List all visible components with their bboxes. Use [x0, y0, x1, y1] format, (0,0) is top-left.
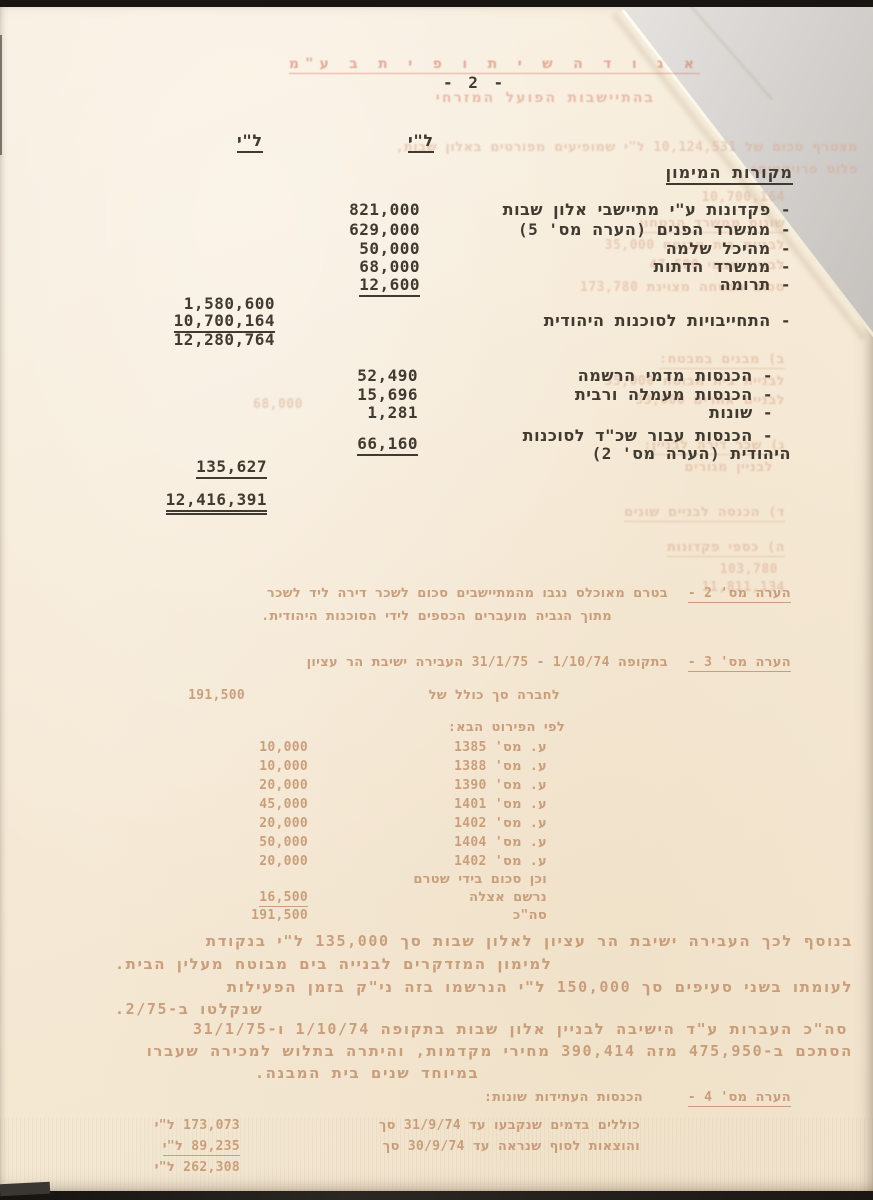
voucher-value: 10,000	[195, 759, 308, 774]
note3-pending-line1: וכן סכום בידי שטרם	[413, 872, 547, 887]
note4-row2-value: 89,235 ל"י	[100, 1139, 240, 1154]
voucher-label: ע. מס' 1385	[454, 740, 547, 755]
financing-item-value: 821,000	[302, 200, 420, 219]
bleedthrough-line: מצטרף סכום של 10,124,531 ל"י שמופיעים מפ…	[396, 140, 858, 155]
voucher-value: 20,000	[195, 778, 308, 793]
paragraph-line: לעומתו בשני סעיפים סך 150,000 ל"י הנרשמו…	[227, 978, 853, 996]
income-subtotal: 135,627	[142, 457, 267, 476]
note3-heading: הערה מס' 3 -	[688, 655, 791, 670]
bleedthrough-line: ד) הכנסה לבניים שונים	[624, 505, 785, 520]
note4-row1-label: כוללים בדמים שנקבעו עד 31/9/74 סך	[379, 1118, 640, 1133]
income-item-label: - שונות	[709, 403, 773, 422]
voucher-label: ע. מס' 1401	[454, 797, 547, 812]
note3-pending-value: 16,500	[195, 890, 308, 905]
note3-line1: בתקופה 1/10/74 ‏- 31/1/75 העבירה ישיבת ה…	[307, 655, 668, 670]
currency-header-right: ל"י	[408, 131, 434, 150]
financing-item-value: 68,000	[302, 257, 420, 276]
voucher-value: 45,000	[195, 797, 308, 812]
financing-commitment-label: - התחייבויות לסוכנות היהודית	[544, 311, 791, 330]
voucher-label: ע. מס' 1404	[454, 835, 547, 850]
income-grand-total: 12,416,391	[140, 490, 267, 509]
bleedthrough-subtitle: בהתיישבות הפועל המזרחי	[436, 90, 655, 106]
page-number: - 2 -	[443, 73, 506, 92]
paragraph-line: סה"כ העברות ע"ד הישיבה לבניין אלון שבות …	[193, 1020, 848, 1038]
bleedthrough-title: א ג ו ד ה ש י ת ו פ י ת ב ע"מ	[289, 56, 700, 72]
paragraph-line: בנוסף לכך העבירה ישיבת הר עציון לאלון שב…	[206, 932, 853, 950]
note3-line2-value: 191,500	[170, 688, 245, 703]
voucher-label: ע. מס' 1390	[454, 778, 547, 793]
bleedthrough-line: ב) מבנים במבטח:	[659, 352, 785, 367]
note4-title: הכנסות העתידות שונות:	[484, 1090, 643, 1105]
paragraph-line: הסתכם ב-475,950 מזה 390,414 מחירי מקדמות…	[147, 1042, 853, 1060]
voucher-label: ע. מס' 1402	[454, 854, 547, 869]
income-item-value: 1,281	[300, 403, 418, 422]
voucher-value: 10,000	[195, 740, 308, 755]
scanned-document: א ג ו ד ה ש י ת ו פ י ת ב ע"מ בהתיישבות …	[0, 0, 873, 1200]
scanner-edge-left	[0, 35, 2, 155]
income-item-label: - הכנסות מדמי הרשמה	[578, 366, 773, 385]
financing-item-label: - תרומה	[720, 275, 791, 294]
income-item-value: 15,696	[300, 385, 418, 404]
bleedthrough-line: ה) כספי פקדונות	[667, 540, 785, 555]
scanner-edge-top	[0, 0, 873, 7]
note3-line3: לפי הפירוט הבא:	[448, 720, 565, 735]
note4-heading: הערה מס' 4 -	[688, 1090, 791, 1105]
note4-total-value: 262,308 ל"י	[100, 1160, 240, 1175]
note3-total-label: סה"כ	[513, 908, 547, 923]
currency-header-left: ל"י	[237, 131, 263, 150]
financing-item-value: 50,000	[302, 239, 420, 258]
paragraph-line: שנקלטו ב-2/75.	[115, 1000, 263, 1018]
income-agency-value: 66,160	[300, 434, 418, 453]
financing-item-value: 629,000	[302, 220, 420, 239]
note3-total-value: 191,500	[195, 908, 308, 923]
financing-item-value: 12,600	[302, 275, 420, 294]
bleedthrough-line: 68,000	[253, 397, 303, 412]
financing-item-label: - פקדונות ע"י מתיישבי אלון שבות	[503, 200, 791, 219]
income-item-label: - הכנסות מעמלה ורבית	[575, 385, 773, 404]
note3-line2-label: לחברה סך כולל של	[429, 688, 560, 703]
financing-total: 12,280,764	[150, 330, 275, 349]
note2-line1: בטרם מאוכלס נגבו מהמתיישבים סכום לשכר די…	[267, 586, 668, 601]
voucher-value: 20,000	[195, 854, 308, 869]
financing-item-label: - ממשרד הפנים (הערה מס' 5)	[518, 220, 791, 239]
voucher-value: 20,000	[195, 816, 308, 831]
note4-row1-value: 173,073 ל"י	[100, 1118, 240, 1133]
note2-line2: מתוך הגביה מועברים הכספים לידי הסוכנות ה…	[261, 609, 612, 624]
note3-pending-line2: נרשם אצלה	[469, 890, 547, 905]
note2-heading: הערה מס' 2 -	[688, 586, 791, 601]
voucher-label: ע. מס' 1402	[454, 816, 547, 831]
scanner-edge-bottom	[0, 1191, 873, 1200]
paragraph-line: למימון המזדקרים לבנייה בים מבוטח מעלין ה…	[115, 955, 552, 973]
voucher-value: 50,000	[195, 835, 308, 850]
voucher-label: ע. מס' 1388	[454, 759, 547, 774]
financing-item-label: - מהיכל שלמה	[666, 239, 791, 258]
financing-title: מקורות המימון	[666, 163, 793, 182]
income-agency-label-line2: היהודית (הערה מס' 2)	[592, 444, 791, 463]
note4-row2-label: והוצאות לסוף שנראה עד 30/9/74 סך	[383, 1139, 640, 1154]
financing-item-label: - ממשרד הדתות	[654, 257, 791, 276]
income-item-value: 52,490	[300, 366, 418, 385]
bleedthrough-line: 103,780	[720, 562, 778, 577]
paragraph-line: במיוחד שנים בית המבנה.	[255, 1064, 479, 1082]
income-agency-label-line1: - הכנסות עבור שכ"ד לסוכנות	[523, 426, 773, 445]
financing-commitment-value: 10,700,164	[150, 311, 275, 330]
